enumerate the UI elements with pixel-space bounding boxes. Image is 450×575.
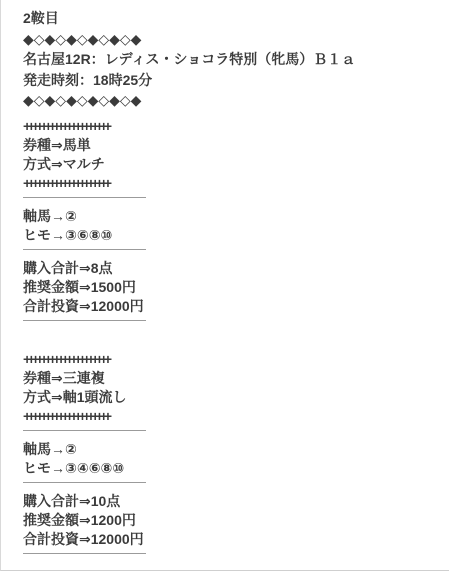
himo-horses: ヒモ→③④⑥⑧⑩ <box>23 459 431 478</box>
diamond-decoration-row: ◆◇◆◇◆◇◆◇◆◇◆ <box>23 90 431 111</box>
himo-horses: ヒモ→③⑥⑧⑩ <box>23 226 431 245</box>
ticket-type: 券種⇒馬単 <box>23 136 431 155</box>
plus-border-row: ++++++++++++++++++++ <box>23 350 431 369</box>
tips-content-panel: 2鞍目 ◆◇◆◇◆◇◆◇◆◇◆ 名古屋12R：レディス・ショコラ特別（牝馬）Ｂ１… <box>0 0 449 571</box>
bet-method: 方式⇒マルチ <box>23 155 431 174</box>
diamond-decoration-row: ◆◇◆◇◆◇◆◇◆◇◆ <box>23 29 431 50</box>
axis-horse: 軸馬→② <box>23 440 431 459</box>
purchase-total: 購入合計⇒10点 <box>23 492 431 511</box>
start-time: 発走時刻：18時25分 <box>23 70 431 91</box>
spacer <box>23 330 431 350</box>
bet-section-1: ++++++++++++++++++++ 券種⇒馬単 方式⇒マルチ ++++++… <box>23 117 431 321</box>
plus-border-row: ++++++++++++++++++++ <box>23 407 431 426</box>
separator-line <box>23 430 146 431</box>
recommended-amount: 推奨金額⇒1200円 <box>23 511 431 530</box>
separator-line <box>23 249 146 250</box>
ticket-type: 券種⇒三連複 <box>23 369 431 388</box>
separator-line <box>23 482 146 483</box>
separator-line <box>23 197 146 198</box>
recommended-amount: 推奨金額⇒1500円 <box>23 278 431 297</box>
race-title: 名古屋12R：レディス・ショコラ特別（牝馬）Ｂ１ａ <box>23 49 431 70</box>
separator-line <box>23 320 146 321</box>
bet-section-2: ++++++++++++++++++++ 券種⇒三連複 方式⇒軸1頭流し +++… <box>23 350 431 554</box>
pick-number: 2鞍目 <box>23 8 431 29</box>
axis-horse: 軸馬→② <box>23 207 431 226</box>
bet-method: 方式⇒軸1頭流し <box>23 388 431 407</box>
separator-line <box>23 553 146 554</box>
plus-border-row: ++++++++++++++++++++ <box>23 174 431 193</box>
plus-border-row: ++++++++++++++++++++ <box>23 117 431 136</box>
total-investment: 合計投資⇒12000円 <box>23 530 431 549</box>
purchase-total: 購入合計⇒8点 <box>23 259 431 278</box>
total-investment: 合計投資⇒12000円 <box>23 297 431 316</box>
